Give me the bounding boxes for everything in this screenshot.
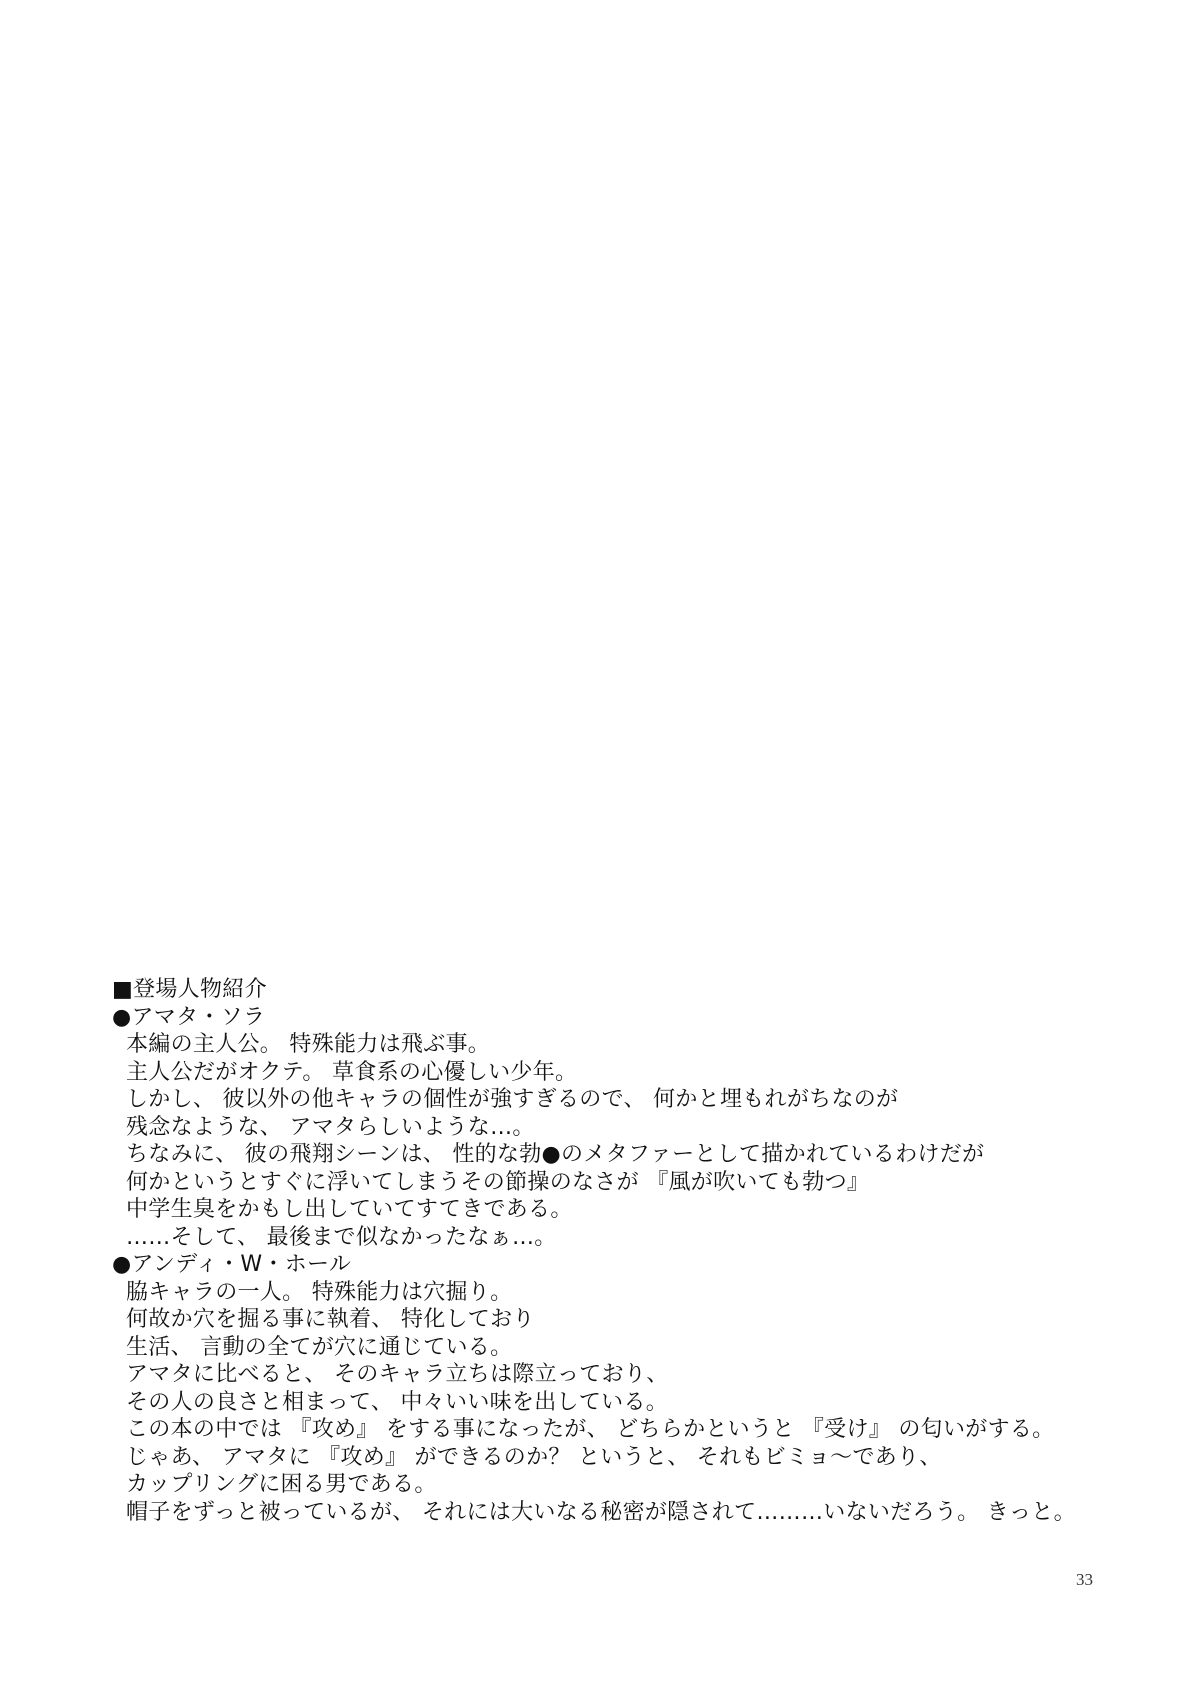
description-line: ちなみに、 彼の飛翔シーンは、 性的な勃●のメタファーとして描かれているわけだが [112, 1141, 1112, 1169]
description-line: アマタに比べると、 そのキャラ立ちは際立っており、 [112, 1361, 1112, 1389]
description-line: カップリングに困る男である。 [112, 1471, 1112, 1499]
character-name-amata: ●アマタ・ソラ [112, 1004, 1112, 1032]
character-introduction: ■登場人物紹介 ●アマタ・ソラ 本編の主人公。 特殊能力は飛ぶ事。 主人公だがオ… [112, 976, 1112, 1526]
character-name-andy: ●アンディ・W・ホール [112, 1251, 1112, 1279]
description-line: 脇キャラの一人。 特殊能力は穴掘り。 [112, 1279, 1112, 1307]
description-line: しかし、 彼以外の他キャラの個性が強すぎるので、 何かと埋もれがちなのが [112, 1086, 1112, 1114]
description-line: じゃあ、 アマタに 『攻め』 ができるのか？ というと、 それもビミョ～であり、 [112, 1444, 1112, 1472]
section-heading: ■登場人物紹介 [112, 976, 1112, 1004]
description-line: その人の良さと相まって、 中々いい味を出している。 [112, 1389, 1112, 1417]
description-line: 中学生臭をかもし出していてすてきである。 [112, 1196, 1112, 1224]
description-line: ……そして、 最後まで似なかったなぁ…。 [112, 1224, 1112, 1252]
description-line: 何かというとすぐに浮いてしまうその節操のなさが 『風が吹いても勃つ』 [112, 1169, 1112, 1197]
description-line: 帽子をずっと被っているが、 それには大いなる秘密が隠されて………いないだろう。 … [112, 1499, 1112, 1527]
description-line: 残念なような、 アマタらしいような…。 [112, 1114, 1112, 1142]
description-line: 本編の主人公。 特殊能力は飛ぶ事。 [112, 1031, 1112, 1059]
description-line: この本の中では 『攻め』 をする事になったが、 どちらかというと 『受け』 の匂… [112, 1416, 1112, 1444]
description-line: 何故か穴を掘る事に執着、 特化しており [112, 1306, 1112, 1334]
description-line: 生活、 言動の全てが穴に通じている。 [112, 1334, 1112, 1362]
page-number: 33 [1076, 1570, 1093, 1590]
description-line: 主人公だがオクテ。 草食系の心優しい少年。 [112, 1059, 1112, 1087]
